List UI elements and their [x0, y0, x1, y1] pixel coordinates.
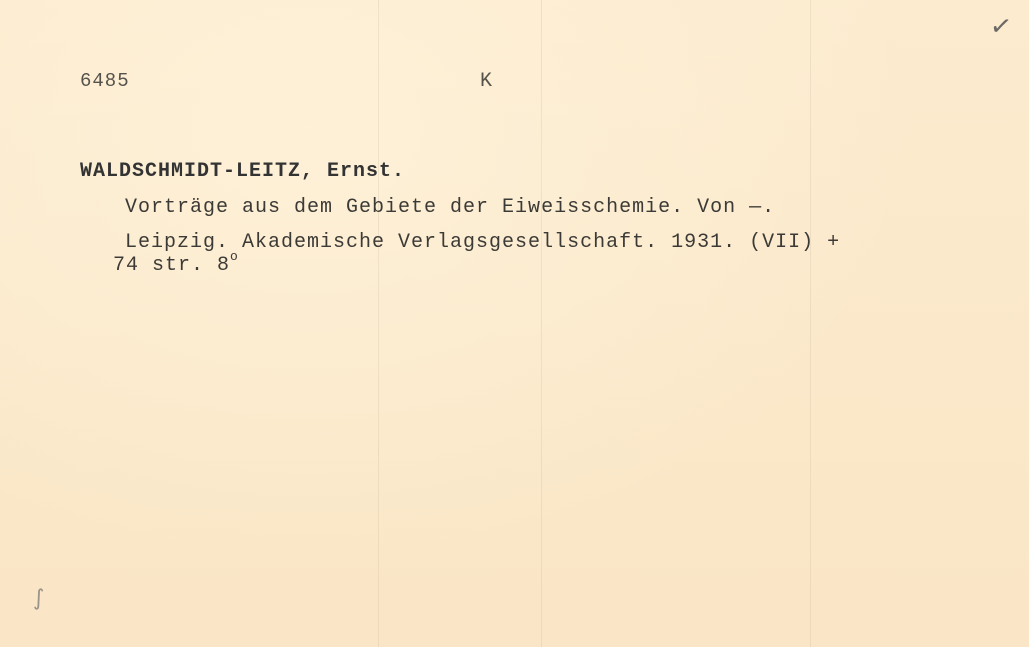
card-fold-line: [541, 0, 542, 647]
check-mark-icon: ✓: [988, 11, 1014, 44]
author-heading: WALDSCHMIDT-LEITZ, Ernst.: [80, 160, 405, 183]
pencil-scribble-icon: ∫: [33, 586, 44, 611]
call-number: 6485: [80, 70, 130, 92]
extent-line: 74 str. 8o: [113, 254, 239, 277]
catalog-card: 6485 K WALDSCHMIDT-LEITZ, Ernst. Vorträg…: [0, 0, 1029, 647]
card-fold-line: [810, 0, 811, 647]
title-line: Vorträge aus dem Gebiete der Eiweisschem…: [125, 196, 775, 219]
card-fold-line: [378, 0, 379, 647]
extent-text: 74 str. 8: [113, 254, 230, 277]
category-mark: K: [480, 70, 493, 93]
format-superscript: o: [230, 249, 239, 264]
